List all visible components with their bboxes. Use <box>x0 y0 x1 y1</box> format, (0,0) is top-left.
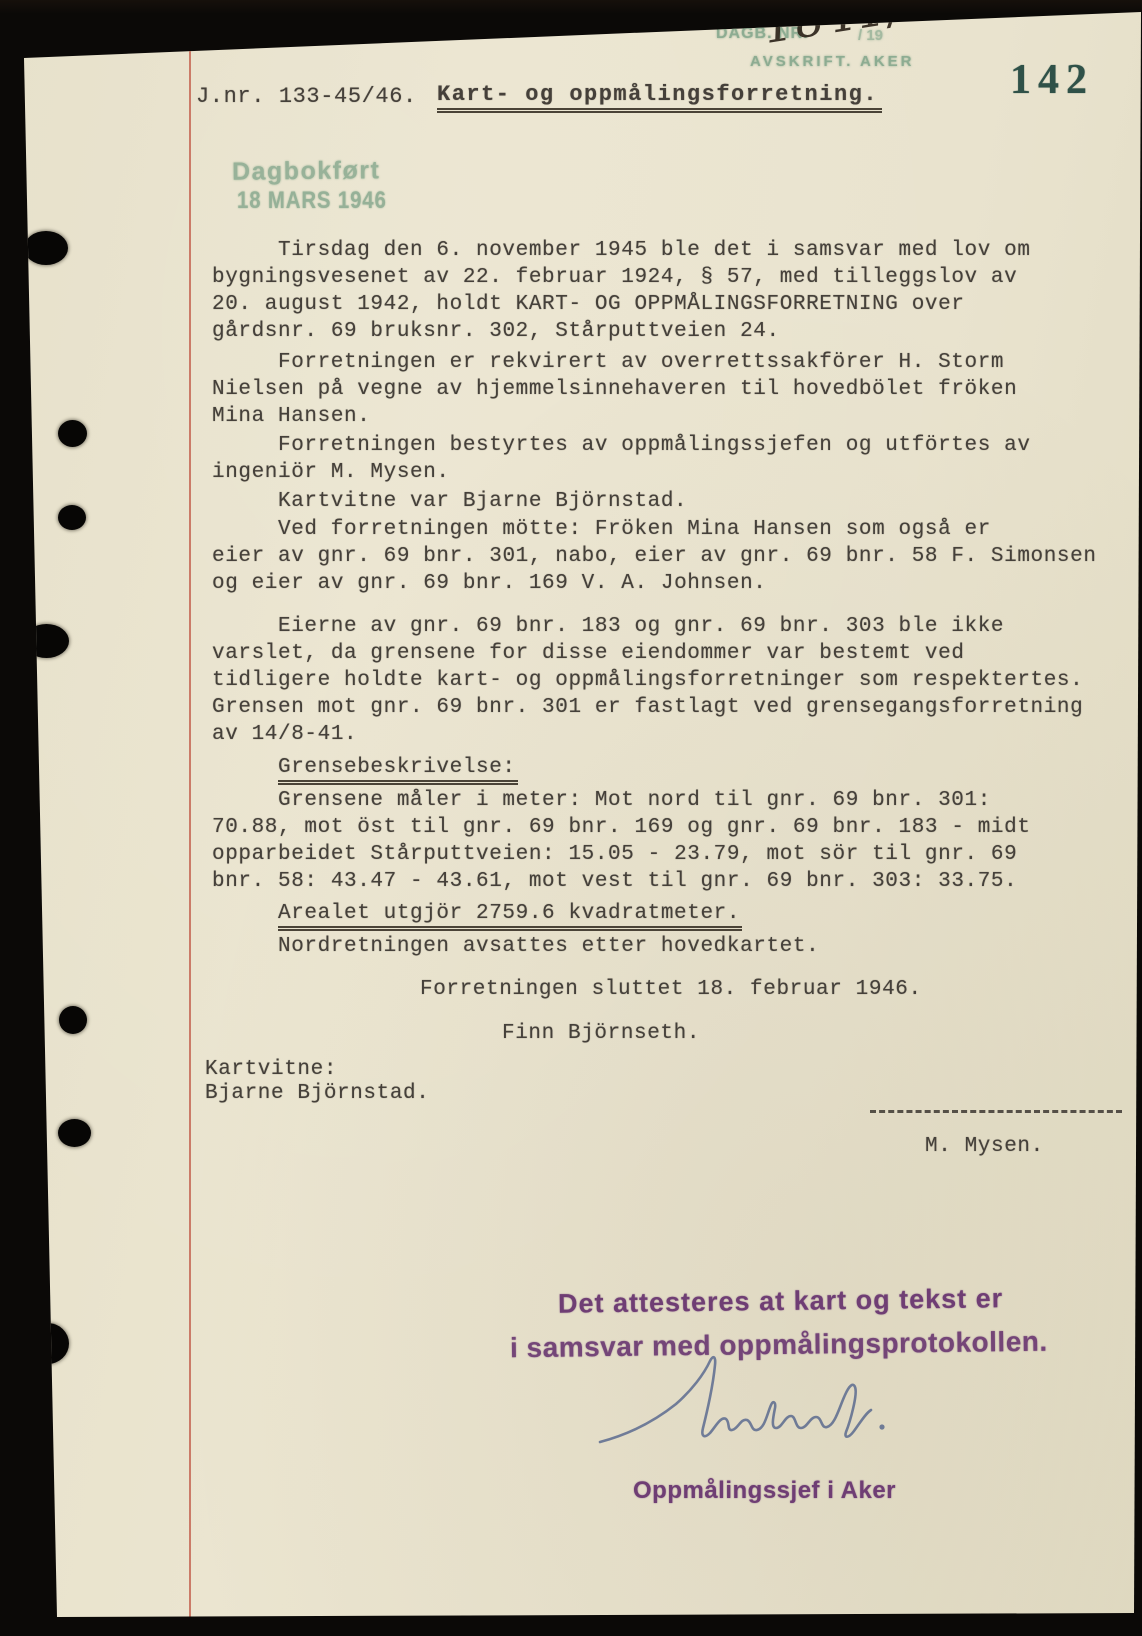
typed-line: 20. august 1942, holdt KART- OG OPPMÅLIN… <box>212 292 965 318</box>
engineer-name: M. Mysen. <box>925 1134 1044 1160</box>
typed-line: bnr. 58: 43.47 - 43.61, mot vest til gnr… <box>212 869 1017 895</box>
attestation-title-stamp: Oppmålingssjef i Aker <box>633 1477 896 1505</box>
dagbokfort-stamp: Dagbokført <box>232 156 381 187</box>
document-title-text: Kart- og oppmålingsforretning. <box>437 82 882 113</box>
typed-line: Nielsen på vegne av hjemmelsinnehaveren … <box>212 377 1017 403</box>
typed-line: Tirsdag den 6. november 1945 ble det i s… <box>278 238 1031 264</box>
area-statement: Arealet utgjör 2759.6 kvadratmeter. <box>278 901 742 927</box>
closing-line: Forretningen sluttet 18. februar 1946. <box>420 977 922 1003</box>
typed-line: av 14/8-41. <box>212 722 357 748</box>
typed-line: ingeniör M. Mysen. <box>212 460 450 486</box>
section-heading-grensebeskrivelse: Grensebeskrivelse: <box>278 755 518 781</box>
typed-line: Grensen mot gnr. 69 bnr. 301 er fastlagt… <box>212 695 1083 721</box>
typed-line: Mina Hansen. <box>212 404 370 430</box>
typed-line: og eier av gnr. 69 bnr. 169 V. A. Johnse… <box>212 571 767 597</box>
punch-hole <box>58 505 86 530</box>
typed-line: Kartvitne var Bjarne Björnstad. <box>278 489 687 515</box>
typed-line: Eierne av gnr. 69 bnr. 183 og gnr. 69 bn… <box>278 614 1004 640</box>
signature-rule <box>870 1110 1122 1113</box>
typed-line: Nordretningen avsattes etter hovedkartet… <box>278 934 819 960</box>
typed-line: eier av gnr. 69 bnr. 301, nabo, eier av … <box>212 544 1097 570</box>
dagbokfort-date-stamp: 18 MARS 1946 <box>237 187 387 215</box>
typed-line: opparbeidet Stårputtveien: 15.05 - 23.79… <box>212 842 1017 868</box>
attestation-stamp-line1: Det attesteres at kart og tekst er <box>558 1283 1004 1319</box>
typed-line: Forretningen bestyrtes av oppmålingssjef… <box>278 433 1031 459</box>
witness-label: Kartvitne: <box>205 1057 337 1083</box>
page-number: 142 <box>1010 56 1094 104</box>
punch-hole <box>58 420 87 447</box>
paper-sheet: DAGB. NR. / 19 1841/46 AVSKRIFT. AKER 14… <box>0 0 1142 1636</box>
typed-line: Grensene måler i meter: Mot nord til gnr… <box>278 788 991 814</box>
journal-number: J.nr. 133-45/46. <box>196 84 417 110</box>
typed-line: tidligere holdte kart- og oppmålingsforr… <box>212 668 1083 694</box>
typed-line: Ved forretningen mötte: Fröken Mina Hans… <box>278 517 991 543</box>
ledger-margin-line <box>189 0 191 1636</box>
witness-name: Bjarne Björnstad. <box>205 1081 429 1107</box>
typed-line: bygningsvesenet av 22. februar 1924, § 5… <box>212 265 1017 291</box>
area-statement-text: Arealet utgjör 2759.6 kvadratmeter. <box>278 902 742 931</box>
surveyor-typed-name: Finn Björnseth. <box>502 1021 700 1047</box>
typed-line: varslet, da grensene for disse eiendomme… <box>212 641 965 667</box>
punch-hole <box>58 1119 91 1147</box>
punch-hole <box>24 231 68 265</box>
typed-line: Forretningen er rekvirert av overrettssa… <box>278 350 1004 376</box>
typed-line: 70.88, mot öst til gnr. 69 bnr. 169 og g… <box>212 815 1031 841</box>
handwritten-signature <box>594 1350 894 1472</box>
section-heading-text: Grensebeskrivelse: <box>278 756 518 785</box>
avskrift-stamp: AVSKRIFT. AKER <box>750 53 915 70</box>
punch-hole <box>59 1006 87 1034</box>
document-title: Kart- og oppmålingsforretning. <box>437 82 882 108</box>
scanned-document-page: { "header": { "journal_no": "J.nr. 133-4… <box>0 0 1142 1636</box>
typed-line: gårdsnr. 69 bruksnr. 302, Stårputtveien … <box>212 319 780 345</box>
